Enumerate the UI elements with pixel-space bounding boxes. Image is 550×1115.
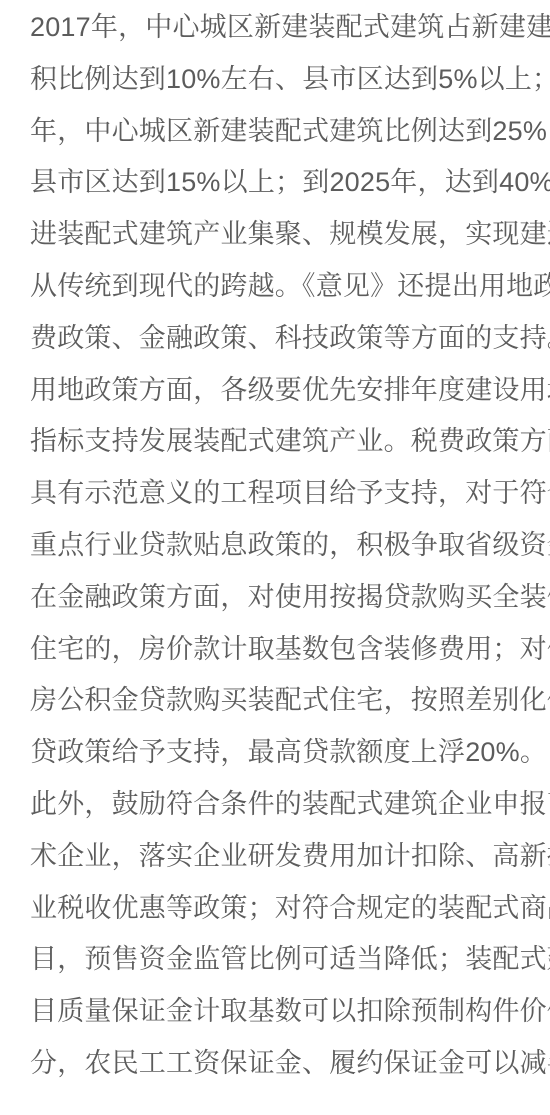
text-line: 积比例达到10%左右、县市区达到5%以上；到2020	[30, 54, 524, 106]
text-line: 业税收优惠等政策；对符合规定的装配式商品房项	[30, 883, 524, 935]
text-line: 2017年，中心城区新建装配式建筑占新建建筑面	[30, 2, 524, 54]
text-line: 重点行业贷款贴息政策的，积极争取省级资金支持。	[30, 520, 524, 572]
article-body: 2017年，中心城区新建装配式建筑占新建建筑面 积比例达到10%左右、县市区达到…	[0, 0, 550, 1090]
text-line: 年，中心城区新建装配式建筑比例达到25%以上、	[30, 106, 524, 158]
text-line: 县市区达到15%以上；到2025年，达到40%以上，推	[30, 157, 524, 209]
paragraph-policy-targets: 2017年，中心城区新建装配式建筑占新建建筑面 积比例达到10%左右、县市区达到…	[30, 2, 524, 779]
paragraph-additional-incentives: 此外，鼓励符合条件的装配式建筑企业申报高新技 术企业，落实企业研发费用加计扣除、…	[30, 779, 524, 1090]
text-line: 费政策、金融政策、科技政策等方面的支持。其中，	[30, 313, 524, 365]
text-line: 房公积金贷款购买装配式住宅，按照差别化住房信	[30, 675, 524, 727]
text-line: 用地政策方面，各级要优先安排年度建设用地计划	[30, 365, 524, 417]
text-line: 指标支持发展装配式建筑产业。税费政策方面，对	[30, 416, 524, 468]
text-line: 术企业，落实企业研发费用加计扣除、高新技术企	[30, 831, 524, 883]
text-line: 具有示范意义的工程项目给予支持，对于符合省级	[30, 468, 524, 520]
text-line: 在金融政策方面，对使用按揭贷款购买全装修商品	[30, 572, 524, 624]
text-line: 进装配式建筑产业集聚、规模发展，实现建造方式	[30, 209, 524, 261]
text-line: 目质量保证金计取基数可以扣除预制构件价值部	[30, 986, 524, 1038]
text-line: 住宅的，房价款计取基数包含装修费用；对使用住	[30, 624, 524, 676]
text-line: 分，农民工工资保证金、履约保证金可以减半征收。	[30, 1038, 524, 1090]
text-line: 从传统到现代的跨越。《意见》还提出用地政策、税	[30, 261, 524, 313]
text-line: 此外，鼓励符合条件的装配式建筑企业申报高新技	[30, 779, 524, 831]
text-line: 贷政策给予支持，最高贷款额度上浮20%。	[30, 727, 524, 779]
text-line: 目，预售资金监管比例可适当降低；装配式建筑项	[30, 934, 524, 986]
